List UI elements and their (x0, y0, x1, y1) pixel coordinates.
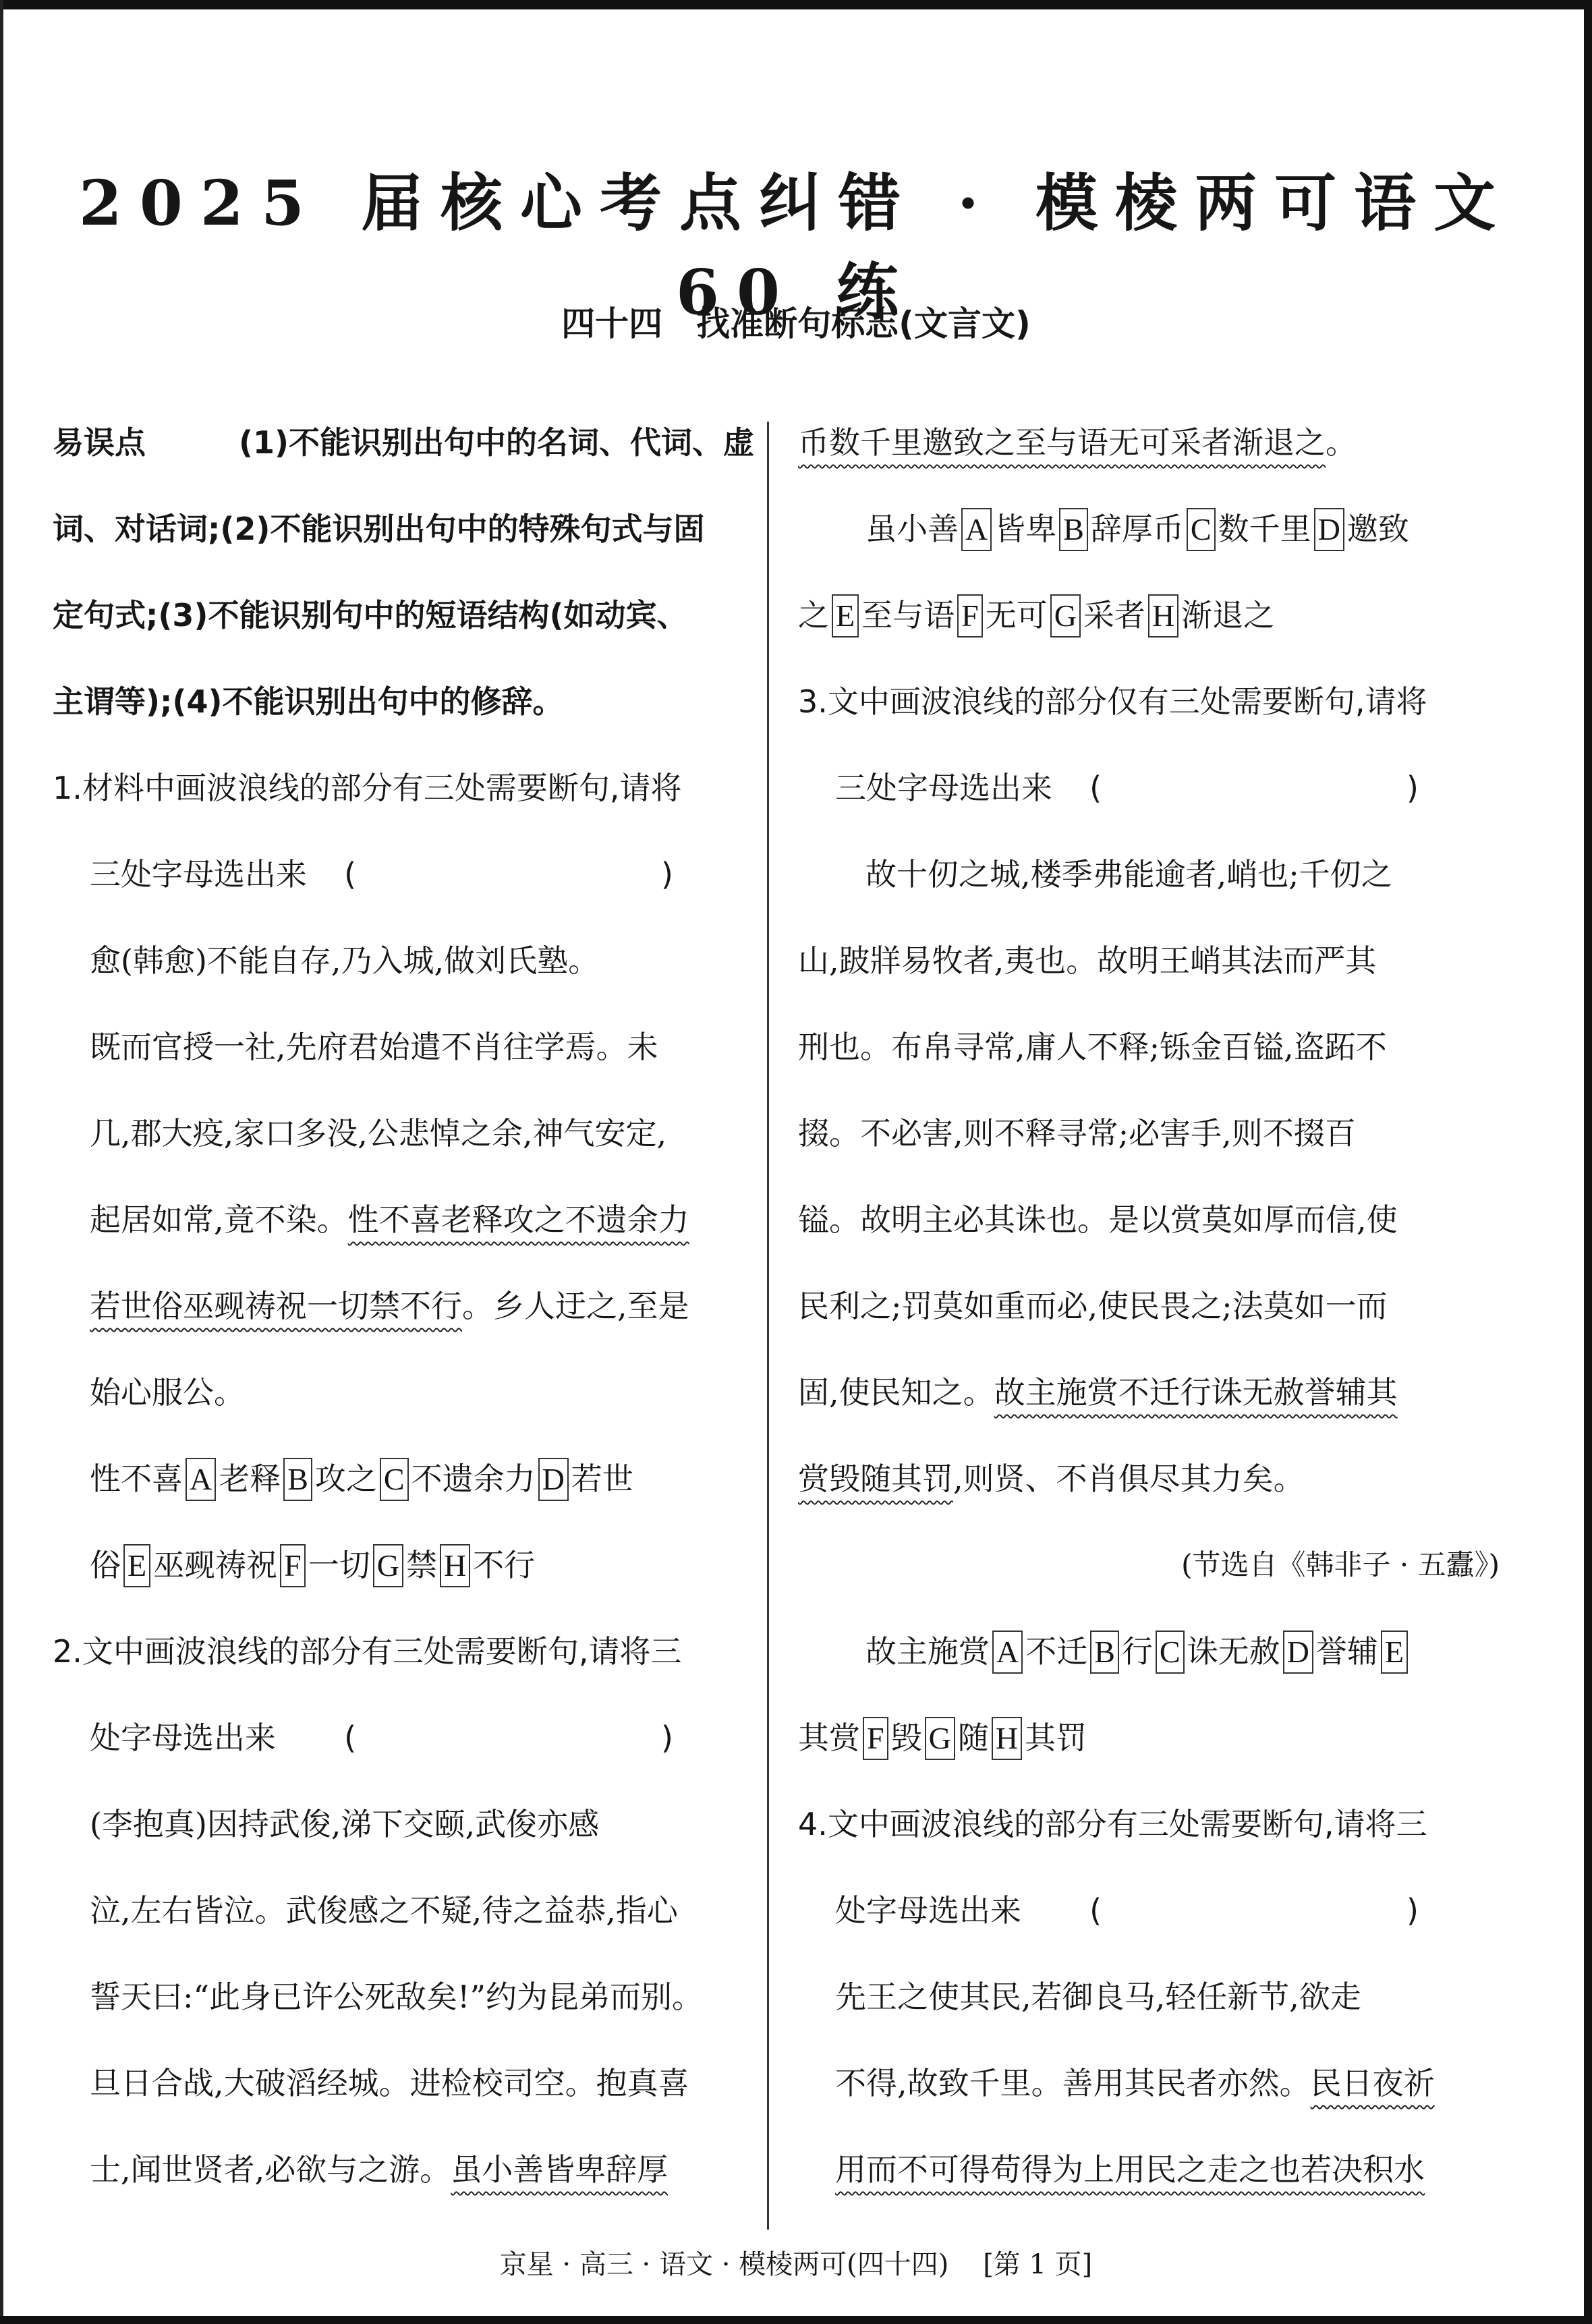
answer-blank[interactable]: ( ) (344, 1710, 754, 1765)
error-points-line: 词、对话词;(2)不能识别出句中的特殊句式与固 (53, 501, 754, 588)
answer-blank[interactable]: ( ) (1089, 760, 1500, 816)
passage-line: 镒。故明主必其诛也。是以赏莫如厚而信,使 (798, 1192, 1500, 1278)
question-3-prompt: 3.文中画波浪线的部分仅有三处需要断句,请将 (798, 674, 1500, 760)
passage-line: 既而官授一社,先府君始遣不肖往学焉。未 (53, 1019, 754, 1106)
option-box-h[interactable]: H (1148, 594, 1178, 637)
option-box-h[interactable]: H (440, 1544, 470, 1587)
error-points-line: 易误点 (1)不能识别出句中的名词、代词、虚 (53, 415, 754, 501)
question-2-prompt-cont: 处字母选出来 ( ) (53, 1710, 754, 1796)
column-divider (767, 422, 769, 2230)
passage-line: 赏毁随其罚,则贤、不肖俱尽其力矣。 (798, 1451, 1500, 1537)
options-line: 俗E巫觋祷祝F一切G禁H不行 (53, 1537, 754, 1624)
option-box-f[interactable]: F (280, 1544, 306, 1587)
option-box-b[interactable]: B (1090, 1631, 1119, 1674)
option-box-f[interactable]: F (957, 594, 983, 637)
passage-line: 故十仞之城,楼季弗能逾者,峭也;千仞之 (798, 847, 1500, 933)
left-column: 易误点 (1)不能识别出句中的名词、代词、虚 词、对话词;(2)不能识别出句中的… (53, 415, 754, 2228)
option-box-b[interactable]: B (1059, 508, 1088, 551)
wavy-underlined-text: 虽小善皆卑辞厚 (451, 2151, 668, 2188)
scan-border-bottom (0, 2316, 1592, 2324)
passage-line: 民利之;罚莫如重而必,使民畏之;法莫如一而 (798, 1278, 1500, 1365)
passage-line: 先王之使其民,若御良马,轻任新节,欲走 (798, 1969, 1500, 2056)
passage-line: 泣,左右皆泣。武俊感之不疑,待之益恭,指心 (53, 1883, 754, 1969)
page-footer: 京星 · 高三 · 语文 · 模棱两可(四十四) [第 1 页] (0, 2243, 1592, 2282)
passage-line: 旦日合战,大破滔经城。进检校司空。抱真喜 (53, 2056, 754, 2142)
wavy-underlined-text: 性不喜老释攻之不遗余力 (348, 1201, 689, 1238)
passage-line: 誓天曰:“此身已许公死敌矣!”约为昆弟而别。 (53, 1969, 754, 2056)
passage-line: 掇。不必害,则不释寻常;必害手,则不掇百 (798, 1106, 1500, 1192)
passage-line: 愈(韩愈)不能自存,乃入城,做刘氏塾。 (53, 933, 754, 1019)
wavy-underlined-text: 故主施赏不迁行诛无赦誉辅其 (994, 1374, 1398, 1411)
answer-blank[interactable]: ( ) (1089, 1883, 1500, 1938)
option-box-c[interactable]: C (1156, 1631, 1185, 1674)
passage-line: 不得,故致千里。善用其民者亦然。民日夜祈 (798, 2056, 1500, 2142)
question-4-prompt-cont: 处字母选出来 ( ) (798, 1883, 1500, 1969)
footer-text: 京星 · 高三 · 语文 · 模棱两可(四十四) (500, 2249, 949, 2280)
option-box-a[interactable]: A (992, 1631, 1023, 1674)
options-line: 其赏F毁G随H其罚 (798, 1710, 1500, 1796)
page-number: [第 1 页] (983, 2249, 1092, 2280)
right-column: 币数千里邀致之至与语无可采者渐退之。 虽小善A皆卑B辞厚币C数千里D邀致 之E至… (798, 415, 1500, 2228)
passage-source: (节选自《韩非子 · 五蠹》) (798, 1537, 1500, 1624)
wavy-underlined-text: 若世俗巫觋祷祝一切禁不行 (90, 1288, 462, 1324)
option-box-e[interactable]: E (832, 594, 859, 637)
option-box-e[interactable]: E (123, 1544, 150, 1587)
option-box-h[interactable]: H (992, 1717, 1022, 1760)
question-4-prompt: 4.文中画波浪线的部分有三处需要断句,请将三 (798, 1796, 1500, 1883)
passage-line: 固,使民知之。故主施赏不迁行诛无赦誉辅其 (798, 1365, 1500, 1451)
passage-line: 若世俗巫觋祷祝一切禁不行。乡人迂之,至是 (53, 1278, 754, 1365)
passage-line: 起居如常,竟不染。性不喜老释攻之不遗余力 (53, 1192, 754, 1278)
option-box-g[interactable]: G (1050, 594, 1081, 637)
passage-line: 用而不可得苟得为上用民之走之也若决积水 (798, 2142, 1500, 2228)
error-points-line: 主谓等);(4)不能识别出句中的修辞。 (53, 674, 754, 760)
question-1-prompt: 1.材料中画波浪线的部分有三处需要断句,请将 (53, 760, 754, 847)
options-line: 虽小善A皆卑B辞厚币C数千里D邀致 (798, 501, 1500, 588)
option-box-b[interactable]: B (283, 1458, 312, 1501)
passage-line: 始心服公。 (53, 1365, 754, 1451)
option-box-c[interactable]: C (380, 1458, 409, 1501)
option-box-d[interactable]: D (1314, 508, 1344, 551)
passage-line: 刑也。布帛寻常,庸人不释;铄金百镒,盗跖不 (798, 1019, 1500, 1106)
answer-blank[interactable]: ( ) (344, 847, 754, 902)
passage-line: 士,闻世贤者,必欲与之游。虽小善皆卑辞厚 (53, 2142, 754, 2228)
scan-border-top (0, 0, 1592, 9)
wavy-underlined-text: 民日夜祈 (1311, 2065, 1435, 2101)
error-points-label: 易误点 (53, 415, 146, 501)
option-box-a[interactable]: A (961, 508, 992, 551)
wavy-underlined-text: 币数千里邀致之至与语无可采者渐退之 (798, 424, 1326, 461)
scan-border-right (1584, 0, 1592, 2324)
option-box-e[interactable]: E (1381, 1631, 1408, 1674)
wavy-underlined-text: 用而不可得苟得为上用民之走之也若决积水 (835, 2151, 1425, 2188)
option-box-f[interactable]: F (863, 1717, 888, 1760)
option-box-a[interactable]: A (186, 1458, 216, 1501)
wavy-underlined-text: 赏毁随其罚 (798, 1461, 953, 1497)
section-subtitle: 四十四 找准断句标志(文言文) (0, 297, 1592, 345)
question-2-prompt: 2.文中画波浪线的部分有三处需要断句,请将三 (53, 1624, 754, 1710)
options-line: 性不喜A老释B攻之C不遗余力D若世 (53, 1451, 754, 1537)
option-box-c[interactable]: C (1187, 508, 1216, 551)
question-3-prompt-cont: 三处字母选出来 ( ) (798, 760, 1500, 847)
scan-border-left (0, 0, 3, 2324)
passage-line: 币数千里邀致之至与语无可采者渐退之。 (798, 415, 1500, 501)
passage-line: 山,跛牂易牧者,夷也。故明王峭其法而严其 (798, 933, 1500, 1019)
option-box-d[interactable]: D (538, 1458, 569, 1501)
option-box-g[interactable]: G (925, 1717, 955, 1760)
option-box-g[interactable]: G (373, 1544, 403, 1587)
options-line: 故主施赏A不迁B行C诛无赦D誉辅E (798, 1624, 1500, 1710)
passage-line: (李抱真)因持武俊,涕下交颐,武俊亦感 (53, 1796, 754, 1883)
option-box-d[interactable]: D (1283, 1631, 1313, 1674)
options-line: 之E至与语F无可G采者H渐退之 (798, 588, 1500, 674)
question-1-prompt-cont: 三处字母选出来 ( ) (53, 847, 754, 933)
error-points-line: 定句式;(3)不能识别句中的短语结构(如动宾、 (53, 588, 754, 674)
passage-line: 几,郡大疫,家口多没,公悲悼之余,神气安定, (53, 1106, 754, 1192)
